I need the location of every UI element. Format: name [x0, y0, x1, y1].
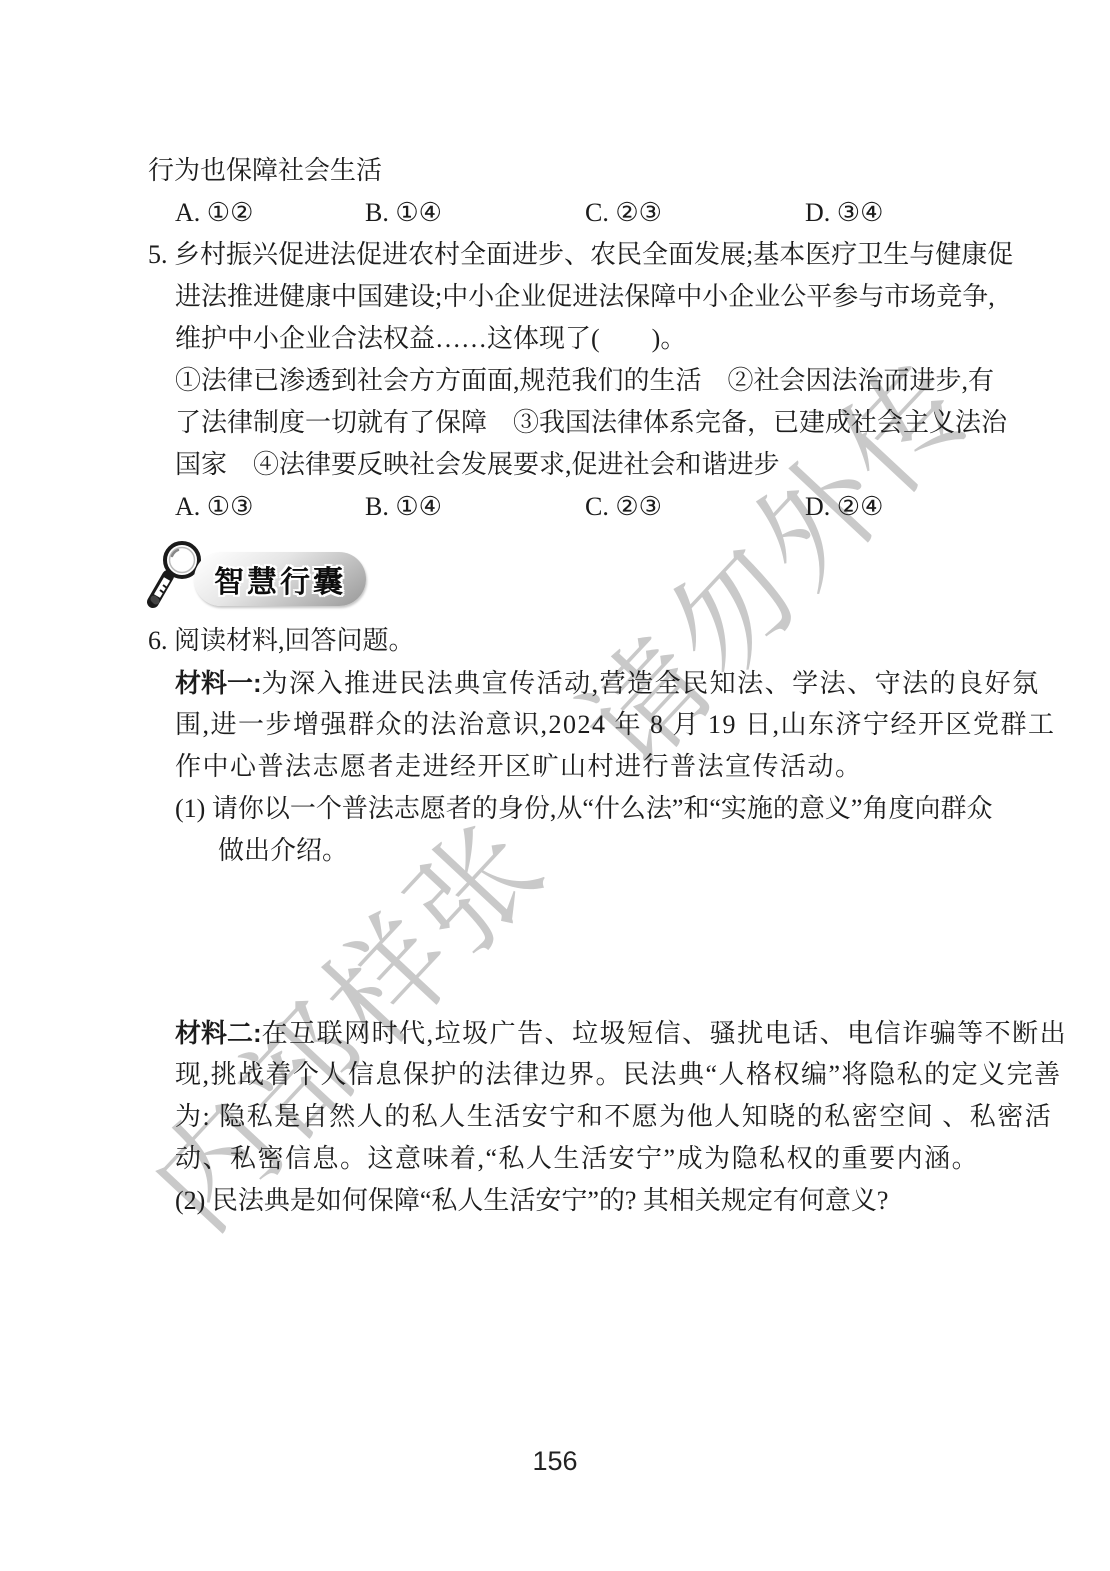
option-item: A. ①③	[175, 486, 253, 528]
text-line: 5. 乡村振兴促进法促进农村全面进步、农民全面发展;基本医疗卫生与健康促	[175, 234, 993, 276]
option-item: A. ①②	[175, 192, 253, 234]
page-number: 156	[0, 1446, 1110, 1477]
text-line: 现,挑战着个人信息保护的法律边界。民法典“人格权编”将隐私的定义完善	[175, 1054, 993, 1096]
option-item: B. ①④	[365, 486, 442, 528]
sub-question-1: (1) 请你以一个普法志愿者的身份,从“什么法”和“实施的意义”角度向群众做出介…	[175, 788, 993, 872]
option-item: C. ②③	[585, 192, 662, 234]
page-content: 行为也保障社会生活 A. ①②B. ①④C. ②③D. ③④ 5. 乡村振兴促进…	[148, 150, 993, 1222]
text-line: 了法律制度一切就有了保障 ③我国法律体系完备，已建成社会主义法治	[175, 402, 993, 444]
material-label: 材料二:	[175, 1018, 262, 1048]
text-line: 维护中小企业合法权益……这体现了( )。	[175, 318, 993, 360]
text-line: 做出介绍。	[218, 830, 993, 872]
material-1: 材料一:为深入推进民法典宣传活动,营造全民知法、学法、守法的良好氛围,进一步增强…	[175, 662, 993, 788]
badge-pill: 智慧行囊	[194, 552, 366, 606]
text-line: 围,进一步增强群众的法治意识,2024 年 8 月 19 日,山东济宁经开区党群…	[175, 704, 993, 746]
carryover-text-line: 行为也保障社会生活	[148, 150, 993, 192]
option-item: D. ③④	[805, 192, 883, 234]
material-2: 材料二:在互联网时代,垃圾广告、垃圾短信、骚扰电话、电信诈骗等不断出现,挑战着个…	[175, 1012, 993, 1180]
answer-space	[175, 872, 993, 1012]
section-badge: 智慧行囊	[148, 544, 993, 608]
workbook-page: 内部样张 请勿外传 行为也保障社会生活 A. ①②B. ①④C. ②③D. ③④…	[0, 0, 1110, 1571]
sub-question-2: (2) 民法典是如何保障“私人生活安宁”的? 其相关规定有何意义?	[175, 1180, 993, 1222]
text-line: ①法律已渗透到社会方方面面,规范我们的生活 ②社会因法治而进步,有	[175, 360, 993, 402]
text-line: (2) 民法典是如何保障“私人生活安宁”的? 其相关规定有何意义?	[218, 1180, 993, 1222]
text-line: 材料一:为深入推进民法典宣传活动,营造全民知法、学法、守法的良好氛	[175, 662, 993, 704]
text-line: 进法推进健康中国建设;中小企业促进法保障中小企业公平参与市场竞争,	[175, 276, 993, 318]
material-label: 材料一:	[175, 668, 262, 698]
options-row-1: A. ①②B. ①④C. ②③D. ③④	[148, 192, 993, 234]
options-row-2: A. ①③B. ①④C. ②③D. ②④	[148, 486, 993, 528]
badge-label: 智慧行囊	[214, 557, 346, 601]
text-line: 为: 隐私是自然人的私人生活安宁和不愿为他人知晓的私密空间 、私密活	[175, 1096, 993, 1138]
question-6: 6. 阅读材料,回答问题。 材料一:为深入推进民法典宣传活动,营造全民知法、学法…	[148, 620, 993, 1222]
question-6-intro: 6. 阅读材料,回答问题。	[175, 620, 993, 662]
text-line: 国家 ④法律要反映社会发展要求,促进社会和谐进步	[175, 444, 993, 486]
text-line: 材料二:在互联网时代,垃圾广告、垃圾短信、骚扰电话、电信诈骗等不断出	[175, 1012, 993, 1054]
question-5: 5. 乡村振兴促进法促进农村全面进步、农民全面发展;基本医疗卫生与健康促进法推进…	[148, 234, 993, 486]
text-line: (1) 请你以一个普法志愿者的身份,从“什么法”和“实施的意义”角度向群众	[218, 788, 993, 830]
text-line: 动、私密信息。这意味着,“私人生活安宁”成为隐私权的重要内涵。	[175, 1138, 993, 1180]
option-item: B. ①④	[365, 192, 442, 234]
text-line: 作中心普法志愿者走进经开区旷山村进行普法宣传活动。	[175, 746, 993, 788]
option-item: C. ②③	[585, 486, 662, 528]
option-item: D. ②④	[805, 486, 883, 528]
